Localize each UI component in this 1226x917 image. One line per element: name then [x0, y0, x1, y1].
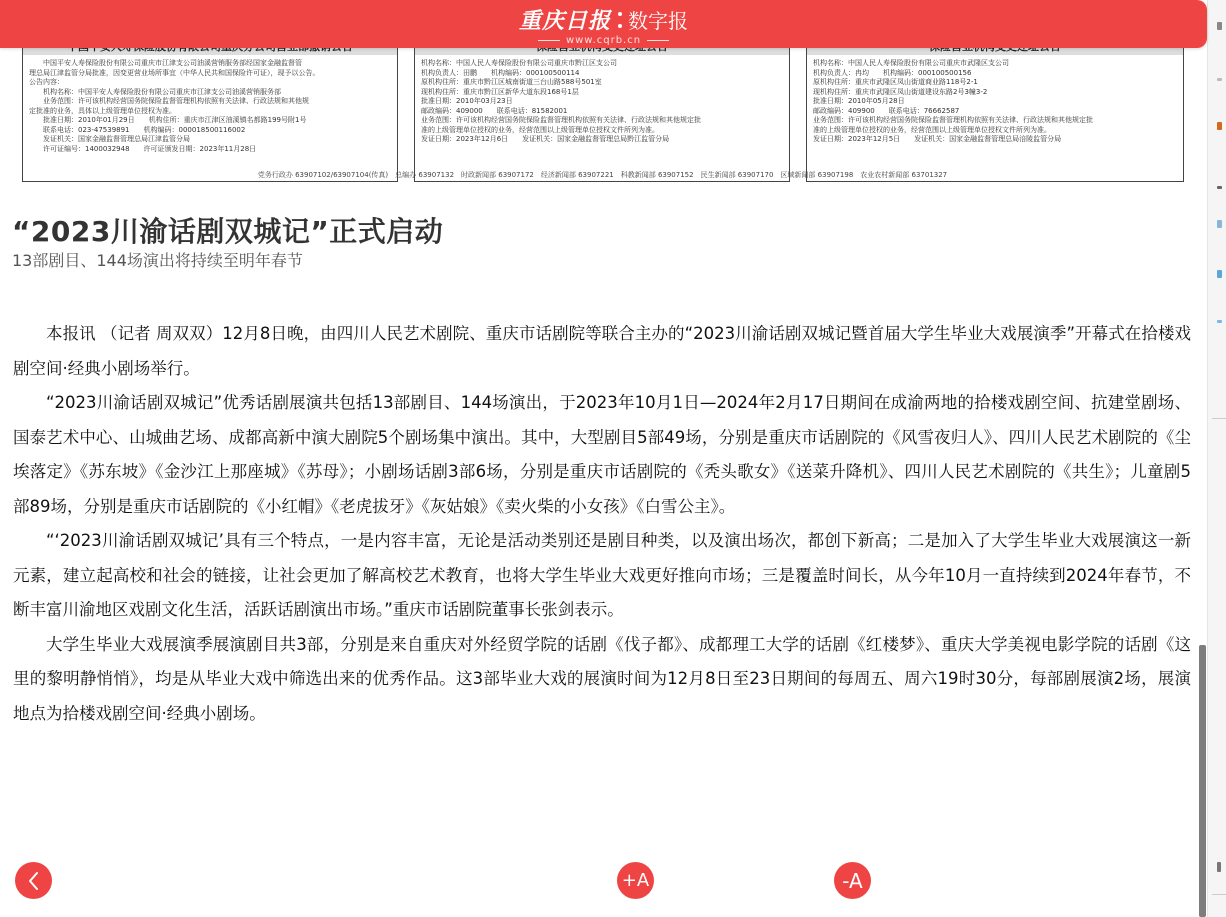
- notice-box-3: 保险营业机构变更迁址公告 机构名称：中国人民人寿保险股份有限公司重庆市武隆区支公…: [806, 38, 1184, 182]
- notice-line: 准的上级管理单位授权的业务，经营范围以上级管理单位授权文件所列为准。: [421, 126, 783, 136]
- article-body: 本报讯 （记者 周双双）12月8日晚，由四川人民艺术剧院、重庆市话剧院等联合主办…: [13, 317, 1191, 731]
- article-paragraph: 大学生毕业大戏展演季展演剧目共3部，分别是来自重庆对外经贸学院的话剧《伐子都》、…: [13, 628, 1191, 732]
- site-header: 重庆日报 数字报 www.cqrb.cn: [0, 0, 1207, 48]
- notice-line: 准的上级管理单位授权的业务，经营范围以上级管理单位授权文件所列为准。: [813, 126, 1177, 136]
- notice-line: 邮政编码：409900 联系电话：76662587: [813, 107, 1177, 117]
- side-panel-icon[interactable]: [1217, 22, 1222, 30]
- article-headline: “2023川渝话剧双城记”正式启动: [12, 210, 443, 250]
- notice-line: 发证机关：国家金融监督管理总局江津监管分局: [29, 135, 391, 145]
- side-panel-icon[interactable]: [1217, 220, 1222, 228]
- notice-line: 现机构住所：重庆市黔江区新华大道东段168号1层: [421, 88, 783, 98]
- notice-line: 机构名称：中国人民人寿保险股份有限公司重庆市武隆区支公司: [813, 59, 1177, 69]
- notice-line: 邮政编码：409000 联系电话：81582001: [421, 107, 783, 117]
- notice-line: 机构负责人：田鹏 机构编码：000100500114: [421, 69, 783, 79]
- notice-line: 机构名称：中国平安人寿保险股份有限公司重庆市江津支公司油溪营销服务部: [29, 88, 391, 98]
- notice-line: 发证日期：2023年12月6日 发证机关：国家金融监督管理总局黔江监管分局: [421, 135, 783, 145]
- notice-line: 机构负责人：冉均 机构编码：000100500156: [813, 69, 1177, 79]
- notice-line: 批准日期：2010年03月23日: [421, 97, 783, 107]
- notice-line: 业务范围：许可该机构经营国务院保险监督管理机构依照有关法律、行政法规和其他规定批: [813, 116, 1177, 126]
- notice-line: 理总局江津监管分局批准，因变更营业场所事宜（中华人民共和国保险许可证），现予以公…: [29, 69, 391, 79]
- notice-line: 批准日期：2010年01月29日 机构住所：重庆市江津区油溪镇名都路199号附1…: [29, 116, 391, 126]
- divider: [1212, 418, 1226, 419]
- notice-line: 中国平安人寿保险股份有限公司重庆市江津支公司油溪营销服务部经国家金融监督管: [29, 59, 391, 69]
- side-panel-icon[interactable]: [1217, 270, 1222, 278]
- notice-line: 定批准的业务，具体以上级管理单位授权为准。: [29, 107, 391, 117]
- side-panel: [1207, 0, 1226, 917]
- brand-suffix: 数字报: [628, 5, 688, 34]
- notice-box-2: 保险营业机构变更迁址公告 机构名称：中国人民人寿保险股份有限公司重庆市黔江区支公…: [414, 38, 790, 182]
- notice-line: 联系电话：023-47539891 机构编码：000018500116002: [29, 126, 391, 136]
- notice-line: 原机构住所：重庆市武隆区凤山街道商业路118号2-1: [813, 78, 1177, 88]
- font-increase-button[interactable]: +A: [617, 862, 654, 899]
- font-decrease-button[interactable]: -A: [834, 862, 871, 899]
- side-panel-icon[interactable]: [1217, 320, 1222, 323]
- notice-box-1: 中国平安人寿保险股份有限公司重庆分公司营业部撤销公告 中国平安人寿保险股份有限公…: [22, 38, 398, 182]
- brand[interactable]: 重庆日报 数字报: [519, 4, 688, 35]
- newsroom-hotlines: 党务行政办 63907102/63907104(传真) 总编办 63907132…: [0, 170, 1205, 180]
- article-paragraph: “2023川渝话剧双城记”优秀话剧展演共包括13部剧目、144场演出，于2023…: [13, 386, 1191, 524]
- chevron-left-icon: [25, 870, 43, 892]
- notice-line: 机构名称：中国人民人寿保险股份有限公司重庆市黔江区支公司: [421, 59, 783, 69]
- notice-line: 原机构住所：重庆市黔江区城南街道三台山路588号501室: [421, 78, 783, 88]
- brand-separator-icon: [617, 12, 622, 28]
- brand-logo: 重庆日报: [519, 4, 611, 35]
- article-paragraph: “‘2023川渝话剧双城记’具有三个特点，一是内容丰富，无论是活动类别还是剧目种…: [13, 524, 1191, 628]
- divider: [647, 40, 669, 41]
- side-panel-icon[interactable]: [1217, 122, 1222, 130]
- notice-line: 许可证编号：1400032948 许可证颁发日期：2023年11月28日: [29, 145, 391, 155]
- scrollbar-thumb[interactable]: [1199, 645, 1206, 917]
- site-url: www.cqrb.cn: [538, 35, 669, 46]
- divider: [1212, 894, 1226, 895]
- side-panel-icon[interactable]: [1217, 78, 1222, 81]
- divider: [538, 40, 560, 41]
- notice-line: 发证日期：2023年12月5日 发证机关：国家金融监督管理总局涪陵监管分局: [813, 135, 1177, 145]
- back-button[interactable]: [15, 862, 52, 899]
- notice-line: 业务范围：许可该机构经营国务院保险监督管理机构依照有关法律、行政法规和其他规: [29, 97, 391, 107]
- notice-line: 批准日期：2010年05月28日: [813, 97, 1177, 107]
- side-panel-icon[interactable]: [1217, 862, 1221, 872]
- site-url-text: www.cqrb.cn: [566, 35, 641, 46]
- notice-line: 业务范围：许可该机构经营国务院保险监督管理机构依照有关法律、行政法规和其他规定批: [421, 116, 783, 126]
- article-paragraph: 本报讯 （记者 周双双）12月8日晚，由四川人民艺术剧院、重庆市话剧院等联合主办…: [13, 317, 1191, 386]
- article-subhead: 13部剧目、144场演出将持续至明年春节: [12, 248, 303, 271]
- notice-line: 公告内容：: [29, 78, 391, 88]
- side-panel-icon[interactable]: [1217, 186, 1222, 189]
- notice-line: 现机构住所：重庆市武隆区凤山街道建设东路2号3幢3-2: [813, 88, 1177, 98]
